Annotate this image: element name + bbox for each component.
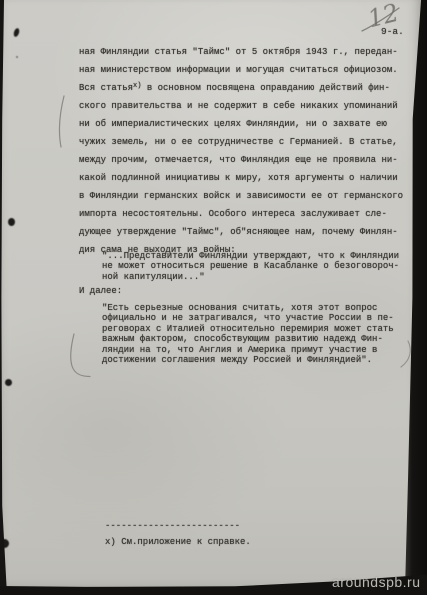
quote-block-1: "...Представители Финляндии утверждают, … (102, 251, 399, 282)
interjection: И далее: (79, 286, 122, 296)
document-scan: 12 9-а. ная Финляндии статья "Таймс" от … (0, 0, 427, 595)
punch-hole-1 (8, 218, 15, 226)
footnote-marker: х) (133, 82, 141, 90)
line3-text-post: в основном посвящена оправданию действий… (141, 83, 389, 93)
footnote-divider: ------------------------- (105, 521, 240, 531)
body-paragraph-line3: Вся статьях) в основном посвящена оправд… (79, 79, 390, 98)
footnote-text: х) См.приложение к справке. (105, 537, 251, 547)
quote-block-2: "Есть серьезные основания считать, хотя … (102, 303, 394, 365)
ink-dot (16, 56, 18, 58)
body-paragraph-part2: ского правительства и не содержит в себе… (79, 97, 403, 259)
line3-text-pre: Вся статья (79, 83, 133, 93)
body-paragraph-part1: ная Финляндии статья "Таймс" от 5 октябр… (79, 43, 398, 79)
punch-hole-2 (5, 379, 12, 386)
watermark: aroundspb.ru (332, 574, 421, 590)
